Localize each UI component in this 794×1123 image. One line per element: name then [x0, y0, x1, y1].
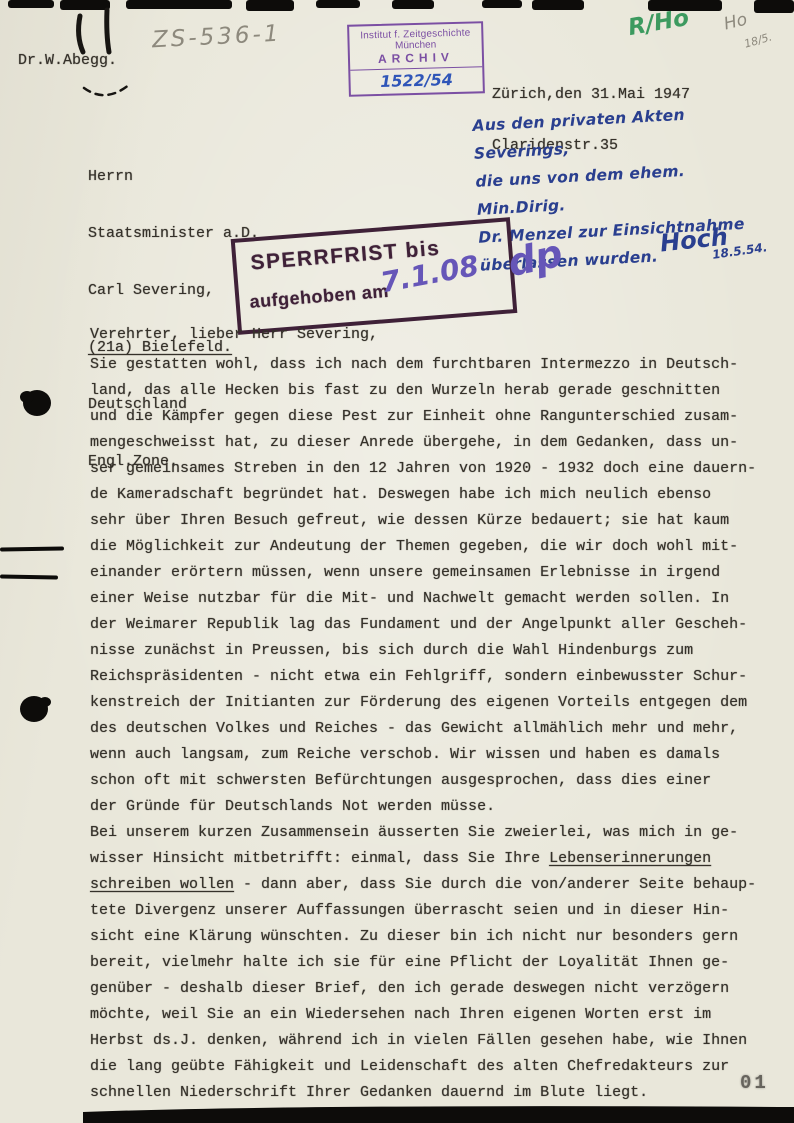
archive-stamp: Institut f. Zeitgeschichte München ARCHI… [347, 21, 485, 97]
body-line: Herbst ds.J. denken, während ich in viel… [90, 1028, 756, 1054]
sender-name: Dr.W.Abegg. [18, 52, 117, 69]
embargo-initials: dp [504, 231, 566, 285]
underlined-phrase: Lebenserinnerungen [549, 850, 711, 867]
body-line: ser gemeinsames Streben in den 12 Jahren… [90, 456, 756, 482]
body-line: wisser Hinsicht mitbetrifft: einmal, das… [90, 846, 756, 872]
body-line: tete Divergenz unserer Auffassungen über… [90, 898, 756, 924]
body-line: schon oft mit schwersten Befürchtungen a… [90, 768, 756, 794]
underlined-phrase: schreiben wollen [90, 876, 234, 893]
body-line: Bei unserem kurzen Zusammensein äusserte… [90, 820, 756, 846]
place-date: Zürich,den 31.Mai 1947 [492, 86, 690, 103]
body-line: die Möglichkeit zur Andeutung der Themen… [90, 534, 756, 560]
pencil-routing-date: 18/5. [743, 30, 774, 50]
body-line: kenstreich der Initianten zur Förderung … [90, 690, 756, 716]
body-line-text: - dann aber, dass Sie durch die von/ande… [234, 876, 756, 893]
body-line: der Gründe für Deutschlands Not werden m… [90, 794, 756, 820]
body-line: land, das alle Hecken bis fast zu den Wu… [90, 378, 756, 404]
scanned-letter-page: Dr.W.Abegg. ZS-536-1 Institut f. Zeitges… [0, 0, 794, 1123]
body-line: einander erörtern müssen, wenn unsere ge… [90, 560, 756, 586]
body-line: schreiben wollen - dann aber, dass Sie d… [90, 872, 756, 898]
body-line: die lang geübte Fähigkeit und Leidenscha… [90, 1054, 756, 1080]
archive-stamp-number: 1522/54 [350, 66, 483, 91]
body-line: möchte, weil Sie an ein Wiedersehen nach… [90, 1002, 756, 1028]
archive-stamp-line3: ARCHIV [350, 49, 482, 66]
body-line: sehr über Ihren Besuch gefreut, wie dess… [90, 508, 756, 534]
body-line-text: wisser Hinsicht mitbetrifft: einmal, das… [90, 850, 549, 867]
body-line: genüber - deshalb dieser Brief, den ich … [90, 976, 756, 1002]
body-line: einer Weise nutzbar für die Mit- und Nac… [90, 586, 756, 612]
body-line: und die Kämpfer gegen diese Pest zur Ein… [90, 404, 756, 430]
body-line: sicht eine Klärung wünschten. Zu dieser … [90, 924, 756, 950]
body-line: Reichspräsidenten - nicht etwa ein Fehlg… [90, 664, 756, 690]
body-line: des deutschen Volkes und Reiches - das G… [90, 716, 756, 742]
pencil-routing-mark: Ho [722, 9, 749, 34]
body-line: bereit, vielmehr halte ich sie für eine … [90, 950, 756, 976]
embargo-stamp: SPERRFRIST bis aufgehoben am 7.1.08 [231, 217, 518, 335]
body-paragraph-1: Sie gestatten wohl, dass ich nach dem fu… [90, 352, 756, 820]
recipient-line: Herrn [88, 166, 259, 187]
body-line: mengeschweisst hat, zu dieser Anrede übe… [90, 430, 756, 456]
green-routing-mark: R/Ho [626, 5, 691, 41]
body-line: Sie gestatten wohl, dass ich nach dem fu… [90, 352, 756, 378]
page-number-stamp: 01 [740, 1072, 769, 1094]
salutation: Verehrter, lieber Herr Severing, [90, 322, 378, 348]
body-line: wenn auch langsam, zum Reiche verschob. … [90, 742, 756, 768]
pencil-file-reference: ZS-536-1 [151, 21, 282, 54]
body-paragraph-2: Bei unserem kurzen Zusammensein äusserte… [90, 820, 756, 1106]
body-line: schnellen Niederschrift Ihrer Gedanken d… [90, 1080, 756, 1106]
body-line: nisse zunächst in Preussen, bis sich dur… [90, 638, 756, 664]
body-line: de Kameradschaft begründet hat. Deswegen… [90, 482, 756, 508]
body-line: der Weimarer Republik lag das Fundament … [90, 612, 756, 638]
